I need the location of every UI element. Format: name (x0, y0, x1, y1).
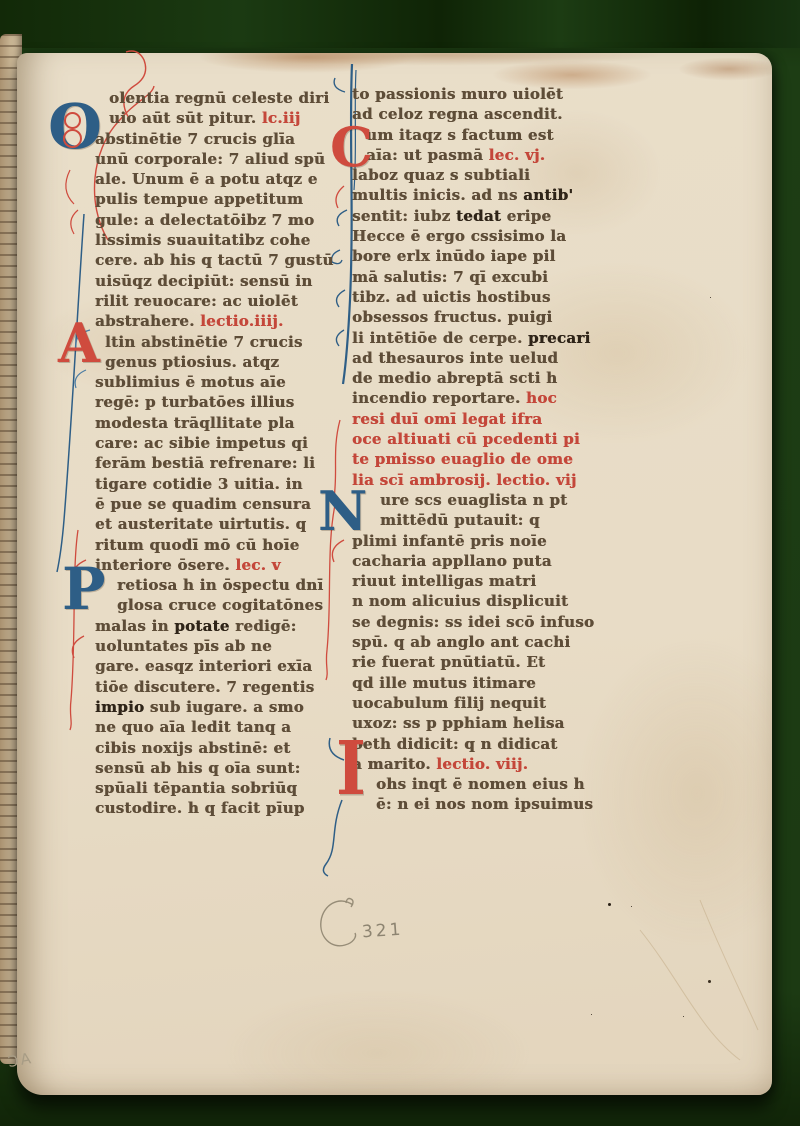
text-segment: rilit reuocare: ac uiolēt (95, 292, 298, 310)
text-block: ltin abstinētie 7 crucisgenus ptiosius. … (95, 332, 355, 576)
initial-ornament (64, 112, 81, 129)
text-segment: lectio. viij. (436, 755, 528, 773)
text-segment: spūali tēpantia sobriūq (95, 779, 297, 797)
text-segment: plimi infantē pris noīe (352, 532, 547, 550)
text-segment: ē: n ei nos nom ipsuimus (376, 795, 593, 813)
manuscript-line: ē: n ei nos nom ipsuimus (352, 794, 642, 814)
illuminated-initial-a: A (58, 316, 100, 370)
text-segment: qd ille mutus itimare (352, 674, 536, 692)
manuscript-line: genus ptiosius. atqz (95, 352, 355, 372)
text-segment: cacharia appllano puta (352, 552, 552, 570)
manuscript-line: regē: p turbatōes illius (95, 392, 355, 412)
text-segment: lc.iij (262, 109, 301, 127)
illuminated-initial-p: P (62, 560, 106, 618)
manuscript-line: rie fuerat pnūtiatū. Et (352, 652, 642, 672)
manuscript-line: incendio reportare. hoc (352, 388, 642, 408)
manuscript-line: ē pue se quadim censura (95, 494, 355, 514)
text-segment: mā salutis: 7 qī excubi (352, 268, 548, 286)
illuminated-initial-n: N (318, 484, 367, 538)
text-segment: ltin abstinētie 7 crucis (105, 333, 303, 351)
text-segment: genus ptiosius. atqz (105, 353, 279, 371)
manuscript-line: spū. q ab anglo ant cachi (352, 632, 642, 652)
manuscript-line: tibz. ad uictis hostibus (352, 287, 642, 307)
manuscript-line: Hecce ē ergo cssisimo la (352, 226, 642, 246)
manuscript-line: ad celoz regna ascendit. (352, 104, 642, 124)
manuscript-line: n nom alicuius displicuit (352, 591, 642, 611)
manuscript-line: cere. ab his q tactū 7 gustū (95, 250, 355, 270)
text-segment: li intētiōe de cerpe. (352, 329, 528, 347)
manuscript-line: ne quo aīa ledit tanq a (95, 717, 355, 737)
manuscript-line: custodire. h q facit pīup (95, 798, 355, 818)
text-segment: riuut intelligas matri (352, 572, 536, 590)
text-segment: uio aūt sūt pitur. (109, 109, 262, 127)
illuminated-initial-o: O (48, 96, 102, 158)
text-segment: ohs inqt ē nomen eius h (376, 775, 585, 793)
text-block: olentia regnū celeste diriuio aūt sūt pi… (95, 88, 355, 332)
text-segment: sub iugare. a smo (144, 698, 304, 716)
text-segment: tigare cotidie 3 uitia. in (95, 475, 303, 493)
manuscript-line: mā salutis: 7 qī excubi (352, 267, 642, 287)
text-segment: antib' (523, 186, 573, 204)
text-segment: care: ac sibie impetus qi (95, 434, 308, 452)
manuscript-line: ure scs euaglista n pt (352, 490, 642, 510)
manuscript-line: de medio abreptā scti h (352, 368, 642, 388)
text-segment: impio (95, 698, 144, 716)
manuscript-line: abstrahere. lectio.iiij. (95, 311, 355, 331)
manuscript-line: spūali tēpantia sobriūq (95, 778, 355, 798)
manuscript-line: multis inicis. ad ns antib' (352, 185, 642, 205)
text-segment: oce altiuati cū pcedenti pi (352, 430, 580, 448)
text-segment: incendio reportare. (352, 389, 526, 407)
text-column-left: olentia regnū celeste diriuio aūt sūt pi… (95, 88, 355, 819)
text-block: to passionis muro uiolētad celoz regna a… (352, 84, 642, 125)
text-segment: laboz quaz s subtiali (352, 166, 530, 184)
manuscript-line: care: ac sibie impetus qi (95, 433, 355, 453)
text-segment: sensū ab his q oīa sunt: (95, 759, 300, 777)
manuscript-line: tigare cotidie 3 uitia. in (95, 474, 355, 494)
manuscript-line: uisūqz decipiūt: sensū in (95, 271, 355, 291)
text-segment: ferām bestiā refrenare: li (95, 454, 315, 472)
text-segment: regē: p turbatōes illius (95, 393, 294, 411)
text-segment: ne quo aīa ledit tanq a (95, 718, 291, 736)
manuscript-line: malas in potate redigē: (95, 616, 355, 636)
manuscript-line: unū corporale: 7 aliud spū (95, 149, 355, 169)
manuscript-line: mittēdū putauit: q (352, 510, 642, 530)
manuscript-line: ad thesauros inte uelud (352, 348, 642, 368)
manuscript-line: ale. Unum ē a potu atqz e (95, 169, 355, 189)
text-block: ohs inqt ē nomen eius hē: n ei nos nom i… (352, 774, 642, 815)
text-segment: sublimius ē motus aīe (95, 373, 286, 391)
text-segment: tedat (456, 207, 501, 225)
text-segment: gule: a delectatōibz 7 mo (95, 211, 314, 229)
text-segment: modesta trāqllitate pla (95, 414, 295, 432)
text-segment: olentia regnū celeste diri (109, 89, 329, 107)
text-segment: ale. Unum ē a potu atqz e (95, 170, 318, 188)
manuscript-line: cacharia appllano puta (352, 551, 642, 571)
text-segment: lissimis suauitatibz cohe (95, 231, 311, 249)
manuscript-line: li intētiōe de cerpe. precari (352, 328, 642, 348)
text-segment: multis inicis. ad ns (352, 186, 523, 204)
manuscript-line: uio aūt sūt pitur. lc.iij (95, 108, 355, 128)
text-segment: cere. ab his q tactū 7 gustū (95, 251, 334, 269)
background-shadow-band (0, 0, 800, 48)
text-segment: precari (528, 329, 591, 347)
manuscript-line: rilit reuocare: ac uiolēt (95, 291, 355, 311)
manuscript-line: gule: a delectatōibz 7 mo (95, 210, 355, 230)
manuscript-line: uoluntates pīs ab ne (95, 636, 355, 656)
text-segment: cibis noxijs abstinē: et (95, 739, 291, 757)
text-segment: bore erlx inūdo iape pil (352, 247, 555, 265)
text-segment: abstrahere. (95, 312, 200, 330)
text-segment: et austeritate uirtutis. q (95, 515, 306, 533)
manuscript-line: et austeritate uirtutis. q (95, 514, 355, 534)
text-segment: de medio abreptā scti h (352, 369, 557, 387)
text-segment: retiosa h in ōspectu dnī (117, 576, 323, 594)
illuminated-initial-c: C (330, 120, 373, 174)
text-segment: lec. v (235, 556, 280, 574)
initial-ornament (63, 129, 82, 148)
manuscript-line: laboz quaz s subtiali (352, 165, 642, 185)
text-block: ure scs euaglista n ptmittēdū putauit: q… (352, 490, 642, 774)
text-segment: lia scī ambrosij. lectio. vij (352, 471, 577, 489)
text-segment: hoc (526, 389, 557, 407)
text-segment: abstinētie 7 crucis glīa (95, 130, 295, 148)
text-segment: spū. q ab anglo ant cachi (352, 633, 570, 651)
text-segment: malas in (95, 617, 174, 635)
manuscript-line: aīa: ut pasmā lec. vj. (352, 145, 642, 165)
manuscript-line: qd ille mutus itimare (352, 673, 642, 693)
text-segment: uxoz: ss p pphiam helisa (352, 714, 565, 732)
manuscript-line: cibis noxijs abstinē: et (95, 738, 355, 758)
text-segment: eripe (501, 207, 551, 225)
manuscript-line: modesta trāqllitate pla (95, 413, 355, 433)
text-segment: ad celoz regna ascendit. (352, 105, 563, 123)
text-segment: mittēdū putauit: q (380, 511, 540, 529)
illuminated-initial-i: I (336, 733, 366, 807)
text-segment: unū corporale: 7 aliud spū (95, 150, 325, 168)
text-segment: rie fuerat pnūtiatū. Et (352, 653, 545, 671)
manuscript-line: abstinētie 7 crucis glīa (95, 129, 355, 149)
text-segment: uocabulum filij nequit (352, 694, 546, 712)
manuscript-line: ritum quodī mō cū hoīe (95, 535, 355, 555)
text-segment: uoluntates pīs ab ne (95, 637, 272, 655)
manuscript-line: pulis tempue appetitum (95, 189, 355, 209)
text-segment: ē pue se quadim censura (95, 495, 311, 513)
manuscript-line: plimi infantē pris noīe (352, 531, 642, 551)
text-segment: redigē: (230, 617, 297, 635)
text-segment: potate (174, 617, 229, 635)
manuscript-line: sentit: iubz tedat eripe (352, 206, 642, 226)
manuscript-line: lia scī ambrosij. lectio. vij (352, 470, 642, 490)
text-segment: Hecce ē ergo cssisimo la (352, 227, 566, 245)
text-segment: aīa: ut pasmā (366, 146, 489, 164)
text-block: retiosa h in ōspectu dnīglosa cruce cogi… (95, 575, 355, 819)
manuscript-line: interiore ōsere. lec. v (95, 555, 355, 575)
manuscript-line: obsessos fructus. puigi (352, 307, 642, 327)
manuscript-line: ferām bestiā refrenare: li (95, 453, 355, 473)
manuscript-line: ohs inqt ē nomen eius h (352, 774, 642, 794)
manuscript-line: retiosa h in ōspectu dnī (95, 575, 355, 595)
manuscript-line: to passionis muro uiolēt (352, 84, 642, 104)
text-segment: ritum quodī mō cū hoīe (95, 536, 299, 554)
text-segment: tibz. ad uictis hostibus (352, 288, 551, 306)
manuscript-line: te pmisso euaglio de ome (352, 449, 642, 469)
text-segment: tiōe discutere. 7 regentis (95, 678, 314, 696)
manuscript-line: bore erlx inūdo iape pil (352, 246, 642, 266)
manuscript-line: tiōe discutere. 7 regentis (95, 677, 355, 697)
text-segment: um itaqz s factum est (366, 126, 554, 144)
text-segment: se degnis: ss idei scō infuso (352, 613, 594, 631)
manuscript-line: a marito. lectio. viij. (352, 754, 642, 774)
manuscript-line: beth didicit: q n didicat (352, 734, 642, 754)
text-segment: te pmisso euaglio de ome (352, 450, 573, 468)
manuscript-line: glosa cruce cogitatōnes (95, 595, 355, 615)
manuscript-line: lissimis suauitatibz cohe (95, 230, 355, 250)
text-segment: pulis tempue appetitum (95, 190, 303, 208)
photograph-of-manuscript: { "meta": { "folio_number": "321", "corn… (0, 0, 800, 1126)
manuscript-line: ltin abstinētie 7 crucis (95, 332, 355, 352)
manuscript-line: uocabulum filij nequit (352, 693, 642, 713)
text-segment: interiore ōsere. (95, 556, 235, 574)
text-segment: gare. easqz interiori exīa (95, 657, 312, 675)
manuscript-line: impio sub iugare. a smo (95, 697, 355, 717)
text-segment: beth didicit: q n didicat (352, 735, 557, 753)
manuscript-line: sublimius ē motus aīe (95, 372, 355, 392)
manuscript-line: gare. easqz interiori exīa (95, 656, 355, 676)
text-segment: custodire. h q facit pīup (95, 799, 305, 817)
text-segment: to passionis muro uiolēt (352, 85, 563, 103)
text-segment: n nom alicuius displicuit (352, 592, 568, 610)
manuscript-line: uxoz: ss p pphiam helisa (352, 713, 642, 733)
text-segment: sentit: iubz (352, 207, 456, 225)
manuscript-line: oce altiuati cū pcedenti pi (352, 429, 642, 449)
text-segment: lectio.iiij. (200, 312, 283, 330)
text-segment: ad thesauros inte uelud (352, 349, 558, 367)
manuscript-line: resi duī omī legat ifra (352, 409, 642, 429)
manuscript-line: riuut intelligas matri (352, 571, 642, 591)
text-block: um itaqz s factum estaīa: ut pasmā lec. … (352, 125, 642, 490)
folio-number: 321 (361, 920, 404, 943)
manuscript-line: um itaqz s factum est (352, 125, 642, 145)
manuscript-line: olentia regnū celeste diri (95, 88, 355, 108)
text-segment: resi duī omī legat ifra (352, 410, 542, 428)
text-column-right: to passionis muro uiolētad celoz regna a… (352, 84, 642, 815)
text-segment: uisūqz decipiūt: sensū in (95, 272, 312, 290)
text-segment: glosa cruce cogitatōnes (117, 596, 323, 614)
text-segment: ure scs euaglista n pt (380, 491, 567, 509)
manuscript-line: se degnis: ss idei scō infuso (352, 612, 642, 632)
ink-specks (608, 903, 611, 906)
text-segment: lec. vj. (489, 146, 546, 164)
text-segment: obsessos fructus. puigi (352, 308, 552, 326)
manuscript-line: sensū ab his q oīa sunt: (95, 758, 355, 778)
